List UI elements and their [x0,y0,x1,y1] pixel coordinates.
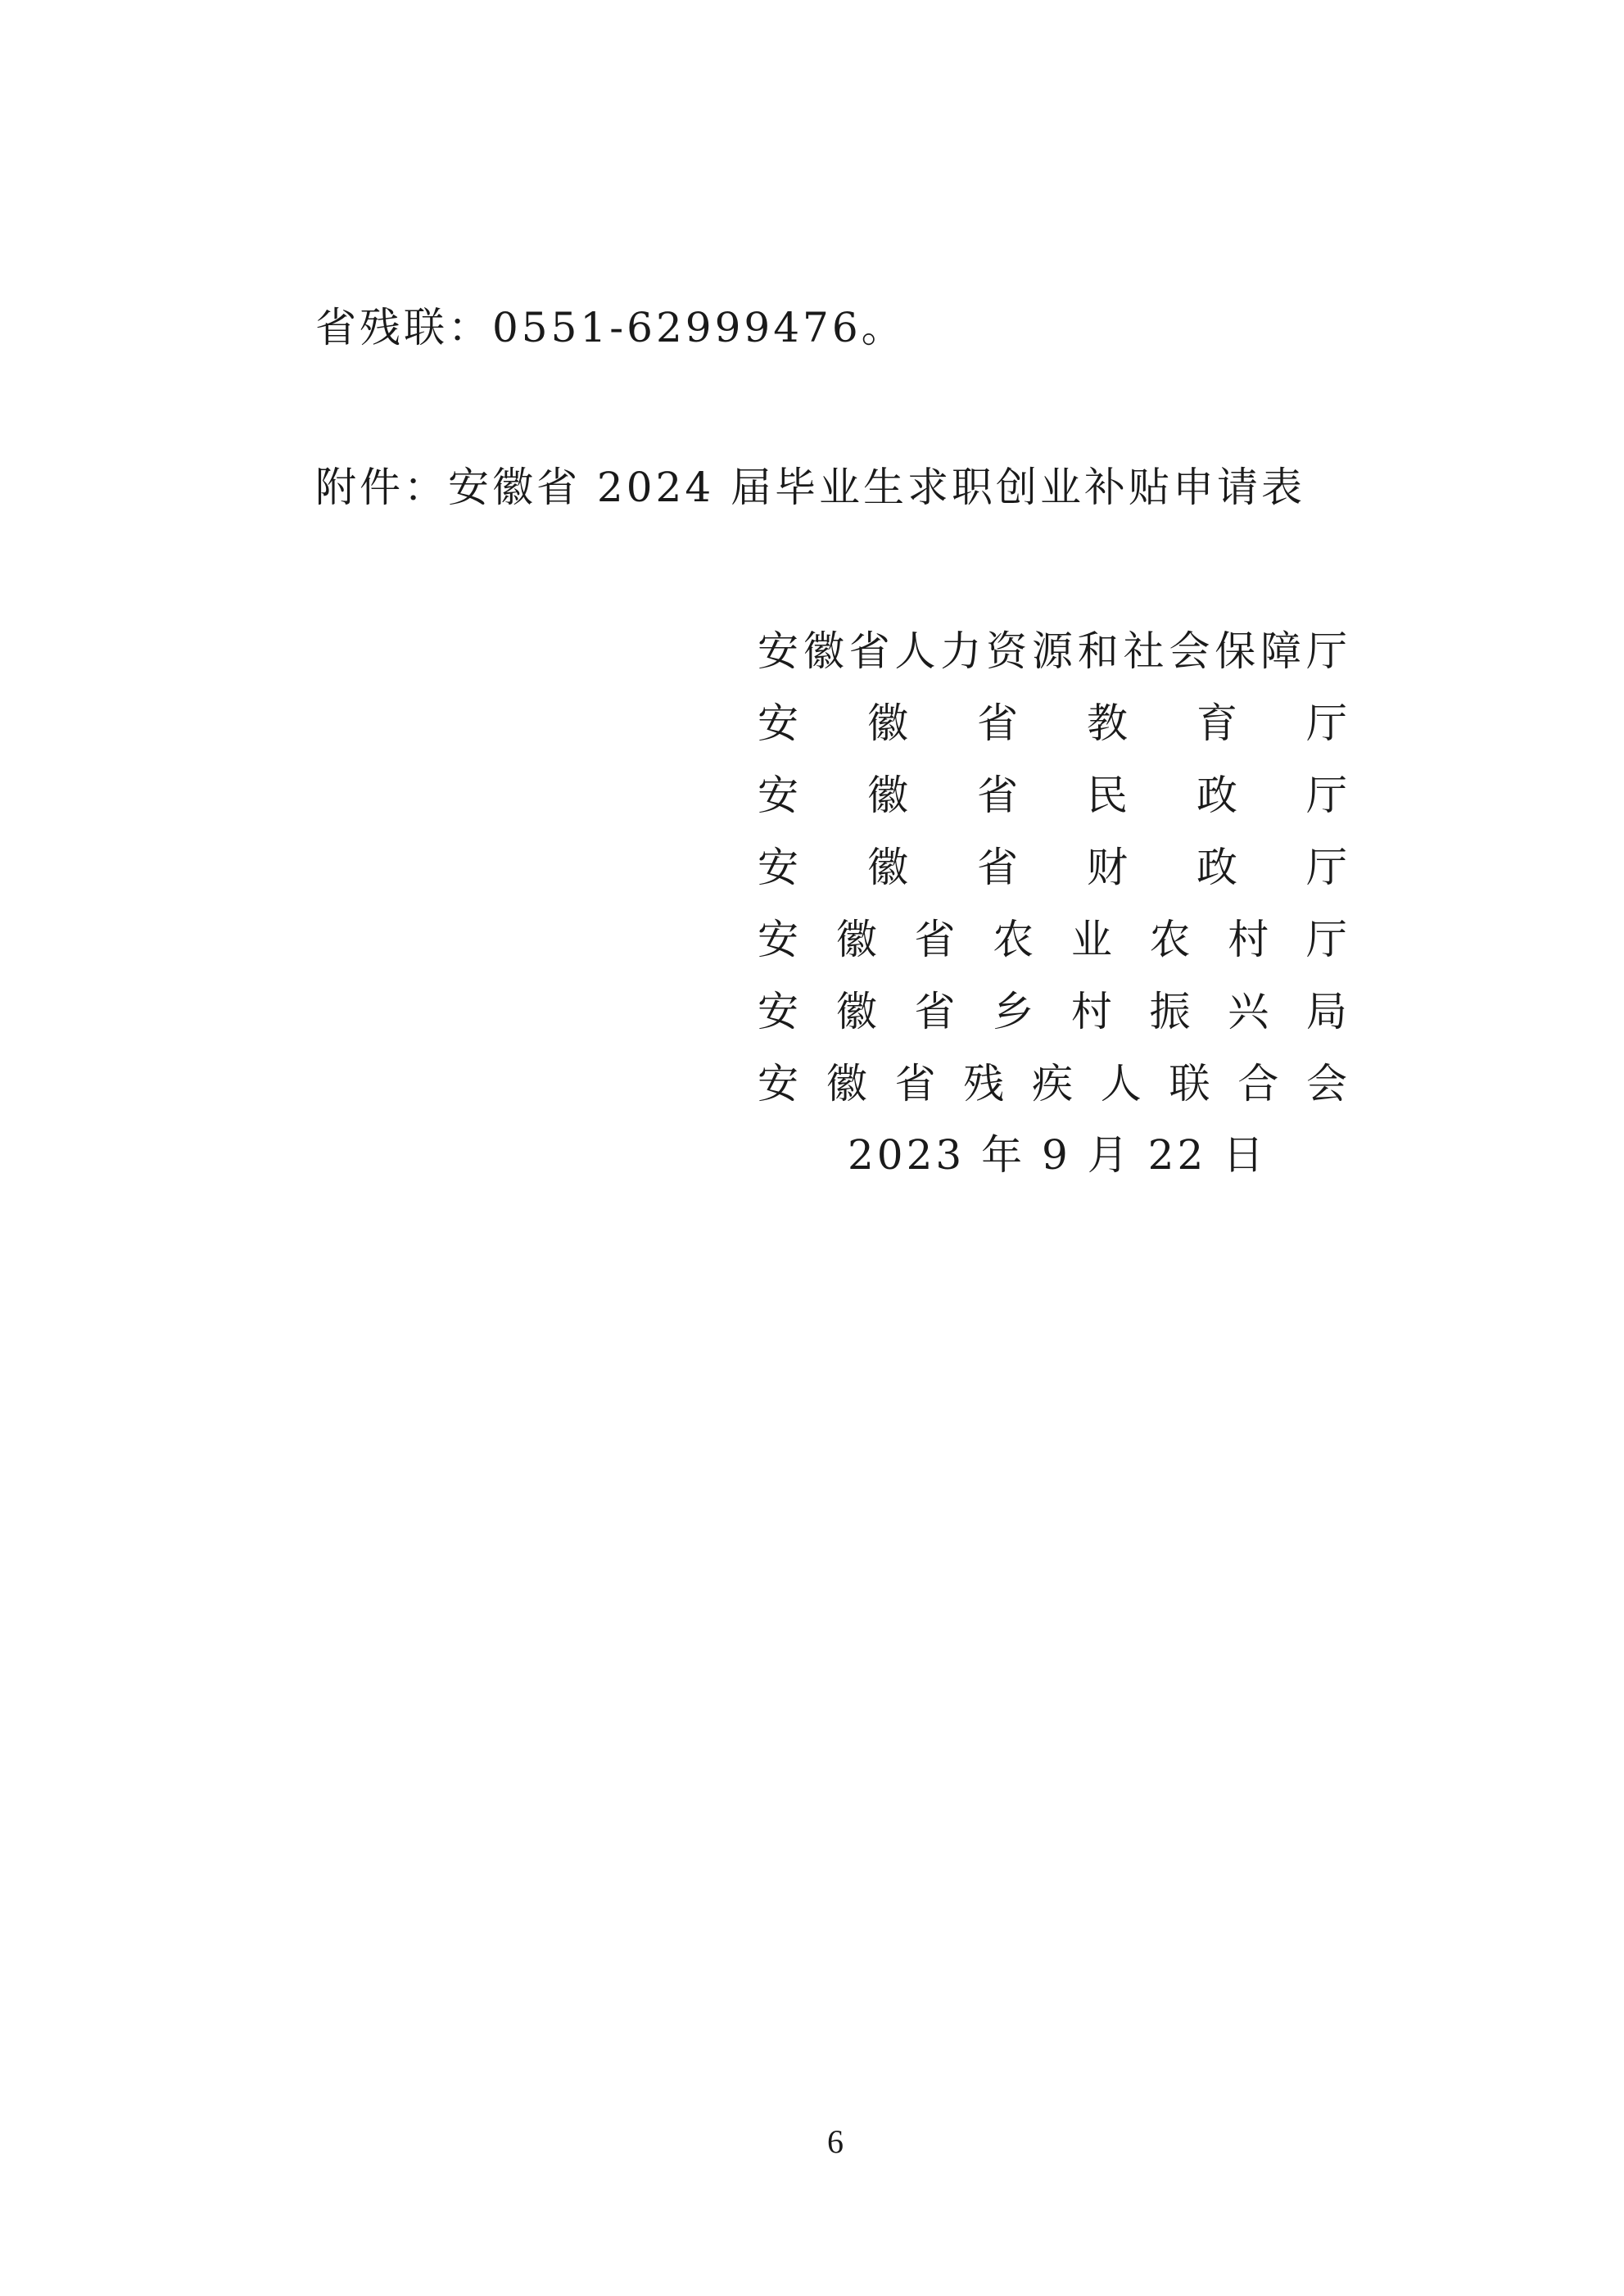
signatory-char: 徽 [867,771,908,820]
signatory-char: 社 [1124,627,1165,676]
signatory-char: 省 [914,915,955,964]
signatory-finance: 安徽省财政厅 [758,843,1347,892]
signatory-char: 民 [1087,771,1128,820]
signatory-char: 厅 [1306,627,1347,676]
signatory-char: 徽 [836,915,877,964]
signatory-char: 安 [758,915,798,964]
signatory-char: 徽 [826,1059,867,1108]
signatory-char: 省 [914,987,955,1036]
signatory-education: 安徽省教育厅 [758,699,1347,748]
attachment-line: 附件：安徽省 2024 届毕业生求职创业补贴申请表 [315,463,1305,512]
signatory-char: 源 [1032,627,1073,676]
signatory-char: 安 [758,1059,798,1108]
signatory-char: 安 [758,987,798,1036]
signatory-char: 省 [895,1059,936,1108]
page-number: 6 [827,2122,844,2162]
signatory-char: 安 [758,627,798,676]
signatory-char: 徽 [867,699,908,748]
signatory-char: 会 [1169,627,1210,676]
signatory-char: 村 [1228,915,1269,964]
signatory-char: 农 [993,915,1034,964]
signatory-char: 障 [1260,627,1301,676]
document-date: 2023 年 9 月 22 日 [848,1130,1267,1180]
signatory-disabled-federation: 安徽省残疾人联合会 [758,1059,1347,1108]
signatory-char: 政 [1197,771,1237,820]
signatory-char: 人 [1101,1059,1142,1108]
signatory-char: 徽 [836,987,877,1036]
signatory-char: 振 [1150,987,1191,1036]
signatory-char: 财 [1087,843,1128,892]
signatory-char: 业 [1071,915,1112,964]
signatory-char: 合 [1237,1059,1278,1108]
signatory-char: 安 [758,843,798,892]
signatory-char: 徽 [803,627,844,676]
signatory-char: 会 [1306,1059,1347,1108]
contact-line: 省残联：0551-62999476。 [315,303,906,352]
signatory-char: 疾 [1032,1059,1073,1108]
signatory-char: 省 [977,843,1018,892]
signatory-char: 村 [1071,987,1112,1036]
signatory-agriculture: 安徽省农业农村厅 [758,915,1347,964]
signatory-char: 省 [849,627,890,676]
signatory-char: 省 [977,771,1018,820]
signatory-char: 厅 [1306,843,1347,892]
signatory-char: 育 [1197,699,1237,748]
signatory-char: 徽 [867,843,908,892]
signatory-char: 厅 [1306,699,1347,748]
signatory-char: 厅 [1306,771,1347,820]
signatory-char: 兴 [1228,987,1269,1036]
signatory-char: 力 [940,627,981,676]
signatory-char: 安 [758,771,798,820]
signatory-char: 安 [758,699,798,748]
signatory-char: 局 [1306,987,1347,1036]
signatory-char: 人 [894,627,935,676]
signatory-char: 厅 [1306,915,1347,964]
signatory-char: 和 [1078,627,1119,676]
signatory-char: 资 [986,627,1027,676]
signatory-rural-revitalization: 安徽省乡村振兴局 [758,987,1347,1036]
signatory-char: 省 [977,699,1018,748]
signatory-char: 教 [1087,699,1128,748]
signatory-char: 残 [963,1059,1004,1108]
signatory-civil-affairs: 安徽省民政厅 [758,771,1347,820]
signatory-char: 保 [1215,627,1255,676]
signatory-char: 农 [1150,915,1191,964]
signatory-char: 政 [1197,843,1237,892]
signatory-char: 联 [1169,1059,1210,1108]
signatory-hrss: 安徽省人力资源和社会保障厅 [758,627,1347,676]
signatory-char: 乡 [993,987,1034,1036]
